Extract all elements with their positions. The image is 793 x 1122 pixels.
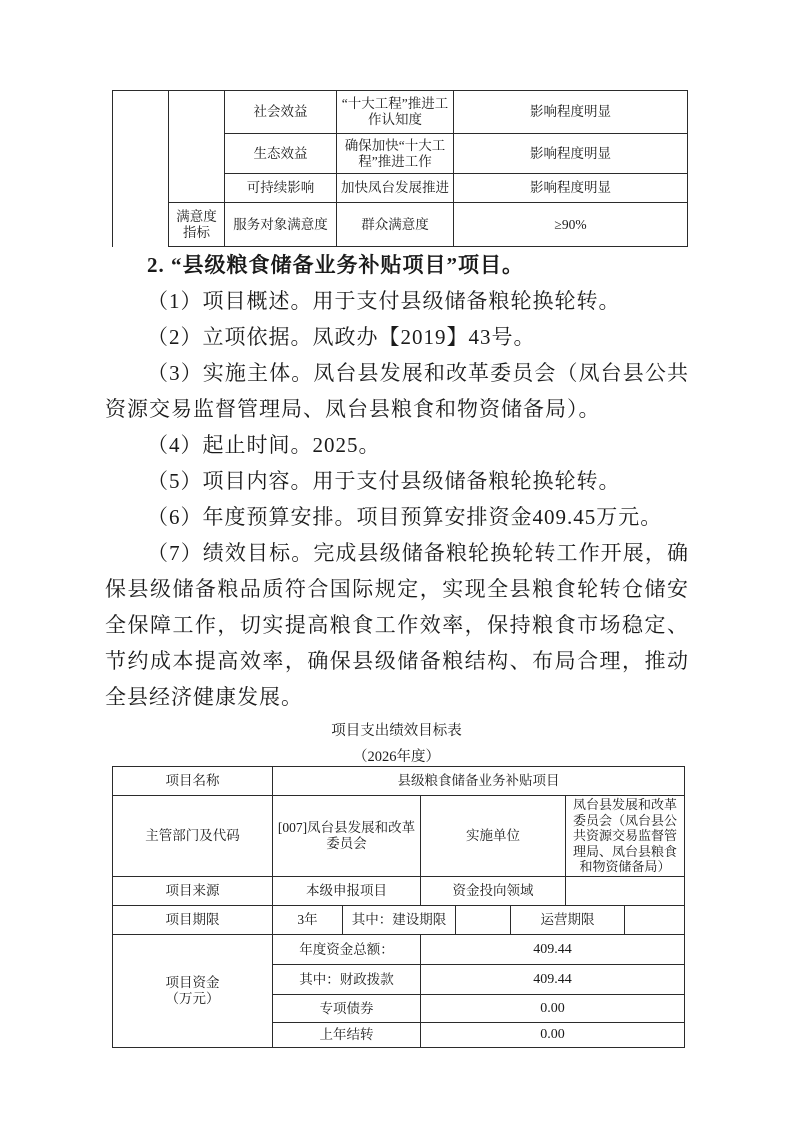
cell-construction-period-value: [456, 906, 511, 935]
cell-department-value: [007]凤台县发展和改革委员会: [273, 796, 421, 877]
paragraph-7: （7）绩效目标。完成县级储备粮轮换轮转工作开展，确保县级储备粮品质符合国际规定，…: [105, 535, 689, 715]
cell-measure-satisfaction: 群众满意度: [337, 203, 454, 247]
document-page: 社会效益 “十大工程”推进工作认知度 影响程度明显 生态效益 确保加快“十大工程…: [0, 0, 793, 1122]
cell-source-value: 本级申报项目: [273, 877, 421, 906]
cell-source-label: 项目来源: [113, 877, 273, 906]
cell-measure-eco: 确保加快“十大工程”推进工作: [337, 134, 454, 174]
paragraph-3: （3）实施主体。凤台县发展和改革委员会（凤台县公共资源交易监督管理局、凤台县粮食…: [105, 355, 689, 427]
paragraph-1: （1）项目概述。用于支付县级储备粮轮换轮转。: [105, 283, 689, 319]
cell-fund-direction-label: 资金投向领域: [421, 877, 566, 906]
fund-row-label-bond: 专项债券: [273, 995, 421, 1023]
cell-indicator-sustain: 可持续影响: [225, 174, 337, 203]
cell-period-label: 项目期限: [113, 906, 273, 935]
cell-target-eco: 影响程度明显: [454, 134, 688, 174]
project-target-table: 项目名称 县级粮食储备业务补贴项目 主管部门及代码 [007]凤台县发展和改革委…: [112, 766, 685, 1048]
fund-row-label-carryover: 上年结转: [273, 1023, 421, 1048]
table-continuation-border-mid: [168, 234, 169, 242]
cell-department-label: 主管部门及代码: [113, 796, 273, 877]
cell-indicator-subgroup-continued: [169, 91, 225, 203]
cell-measure-sustain: 加快凤台发展推进: [337, 174, 454, 203]
fund-row-value-total: 409.44: [421, 935, 685, 965]
cell-period-value: 3年: [273, 906, 343, 935]
cell-operation-period-value: [625, 906, 685, 935]
cell-indicator-eco: 生态效益: [225, 134, 337, 174]
fund-row-value-fiscal: 409.44: [421, 965, 685, 995]
fund-row-value-bond: 0.00: [421, 995, 685, 1023]
paragraph-5: （5）项目内容。用于支付县级储备粮轮换轮转。: [105, 463, 689, 499]
table-subcaption: （2026年度）: [0, 748, 793, 766]
cell-indicator-social: 社会效益: [225, 91, 337, 134]
cell-project-name-value: 县级粮食储备业务补贴项目: [273, 767, 685, 796]
section-body: 2. “县级粮食储备业务补贴项目”项目。 （1）项目概述。用于支付县级储备粮轮换…: [105, 247, 689, 715]
cell-satisfaction-group: 满意度指标: [169, 203, 225, 247]
paragraph-2: （2）立项依据。凤政办【2019】43号。: [105, 319, 689, 355]
paragraph-4: （4）起止时间。2025。: [105, 427, 689, 463]
cell-operation-period-label: 运营期限: [511, 906, 625, 935]
cell-indicator-satisfaction: 服务对象满意度: [225, 203, 337, 247]
project-funds-label-line2: （万元）: [116, 991, 269, 1007]
cell-project-name-label: 项目名称: [113, 767, 273, 796]
cell-fund-direction-value: [566, 877, 685, 906]
cell-impl-unit-value: 凤台县发展和改革委员会（凤台县公共资源交易监督管理局、凤台县粮食和物资储备局）: [566, 796, 685, 877]
fund-row-value-carryover: 0.00: [421, 1023, 685, 1048]
cell-target-social: 影响程度明显: [454, 91, 688, 134]
cell-target-sustain: 影响程度明显: [454, 174, 688, 203]
cell-measure-social: “十大工程”推进工作认知度: [337, 91, 454, 134]
table-continuation-border-left: [112, 234, 113, 242]
cell-project-funds-label: 项目资金 （万元）: [113, 935, 273, 1048]
cell-target-satisfaction: ≥90%: [454, 203, 688, 247]
cell-indicator-group-continued: [113, 91, 169, 247]
cell-impl-unit-label: 实施单位: [421, 796, 566, 877]
cell-construction-period-label: 其中：建设期限: [343, 906, 456, 935]
performance-indicator-table: 社会效益 “十大工程”推进工作认知度 影响程度明显 生态效益 确保加快“十大工程…: [112, 90, 688, 247]
fund-row-label-total: 年度资金总额：: [273, 935, 421, 965]
table-caption: 项目支出绩效目标表: [0, 722, 793, 740]
section-heading: 2. “县级粮食储备业务补贴项目”项目。: [105, 247, 689, 283]
paragraph-6: （6）年度预算安排。项目预算安排资金409.45万元。: [105, 499, 689, 535]
fund-row-label-fiscal: 其中：财政拨款: [273, 965, 421, 995]
project-funds-label-line1: 项目资金: [116, 975, 269, 991]
